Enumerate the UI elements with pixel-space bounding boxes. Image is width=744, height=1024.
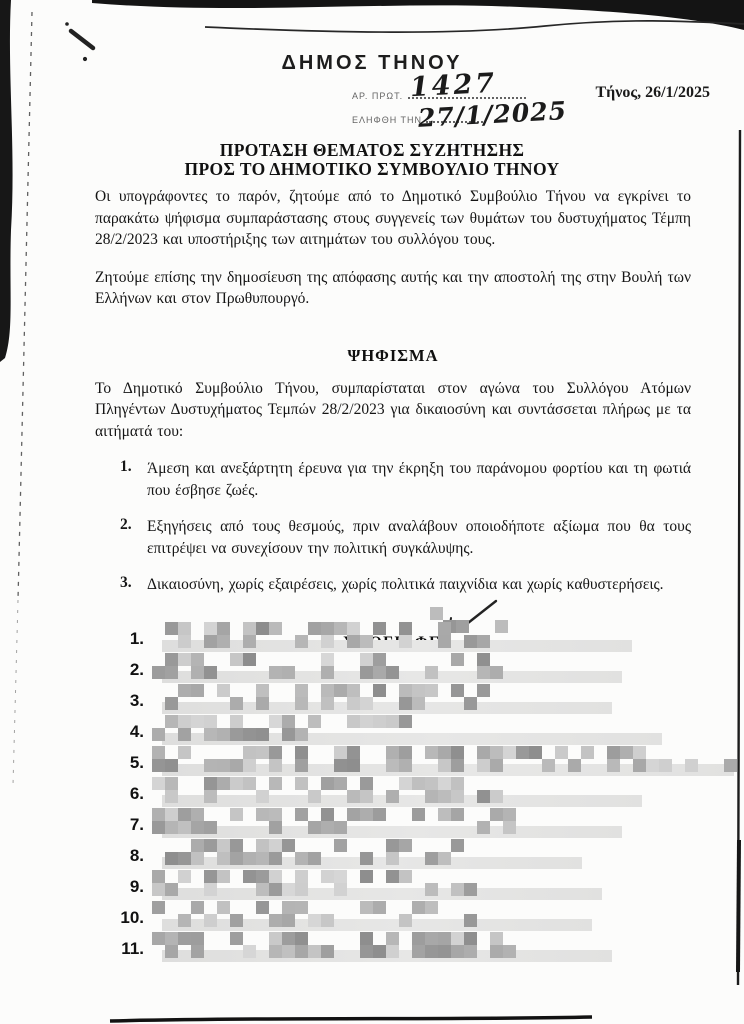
- pen-dot-icon: [65, 22, 69, 26]
- received-date-row: ΕΛΗΦΘΗ ΤΗΝ 27/1/2025: [352, 110, 582, 134]
- redacted-signature: [152, 780, 744, 811]
- document-title-line2: ΠΡΟΣ ΤΟ ΔΗΜΟΤΙΚΟ ΣΥΜΒΟΥΛΙΟ ΤΗΝΟΥ: [0, 160, 744, 179]
- signature-row: 3.: [0, 687, 744, 718]
- signature-row: 5.: [0, 749, 744, 780]
- signature-row: 7.: [0, 811, 744, 842]
- signature-row: 4.: [0, 718, 744, 749]
- redacted-signature: [152, 749, 744, 780]
- list-item-text: Εξηγήσεις από τους θεσμούς, πριν αναλάβο…: [147, 516, 691, 559]
- signature-row: 1.: [0, 625, 744, 656]
- intro-paragraph-2: Ζητούμε επίσης την δημοσίευση της απόφασ…: [95, 267, 691, 310]
- signature-number: 4.: [104, 722, 144, 742]
- fold-line-left: [18, 12, 32, 600]
- document-title-line1: ΠΡΟΤΑΣΗ ΘΕΜΑΤΟΣ ΣΥΖΗΤΗΣΗΣ: [0, 141, 744, 160]
- scan-edge-bottom: [110, 1017, 592, 1021]
- protocol-number-label: ΑΡ. ΠΡΩΤ.: [352, 91, 403, 101]
- redacted-signature: [152, 935, 744, 966]
- municipality-title: ΔΗΜΟΣ ΤΗΝΟΥ: [0, 52, 744, 75]
- list-item: 1. Άμεση και ανεξάρτητη έρευνα για την έ…: [95, 458, 691, 501]
- list-item: 3. Δικαιοσύνη, χωρίς εξαιρέσεις, χωρίς π…: [95, 574, 691, 596]
- resolution-heading: ΨΗΦΙΣΜΑ: [95, 346, 691, 366]
- scan-line-top: [205, 21, 744, 32]
- document-body: Οι υπογράφοντες το παρόν, ζητούμε από το…: [95, 186, 691, 660]
- place-and-date: Τήνος, 26/1/2025: [595, 84, 710, 102]
- intro-paragraph-1: Οι υπογράφοντες το παρόν, ζητούμε από το…: [95, 186, 691, 251]
- signature-row: 9.: [0, 873, 744, 904]
- list-item: 2. Εξηγήσεις από τους θεσμούς, πριν αναλ…: [95, 516, 691, 559]
- signature-row: 2.: [0, 656, 744, 687]
- signature-number: 1.: [104, 629, 144, 649]
- protocol-stamp: ΑΡ. ΠΡΩΤ. 1427 ΕΛΗΦΘΗ ΤΗΝ 27/1/2025: [352, 86, 582, 134]
- signature-number: 10.: [104, 908, 144, 928]
- signature-number: 2.: [104, 660, 144, 680]
- redacted-signature: [152, 625, 744, 656]
- signature-row: 10.: [0, 904, 744, 935]
- received-date-label: ΕΛΗΦΘΗ ΤΗΝ: [352, 115, 422, 125]
- redacted-signature: [152, 718, 744, 749]
- list-item-text: Δικαιοσύνη, χωρίς εξαιρέσεις, χωρίς πολι…: [147, 574, 691, 596]
- redacted-signature: [152, 656, 744, 687]
- signature-number: 9.: [104, 877, 144, 897]
- signature-number: 11.: [104, 939, 144, 959]
- scan-edge-top: [92, 0, 744, 30]
- redacted-signature: [152, 811, 744, 842]
- redacted-signature: [152, 904, 744, 935]
- document-title: ΠΡΟΤΑΣΗ ΘΕΜΑΤΟΣ ΣΥΖΗΤΗΣΗΣ ΠΡΟΣ ΤΟ ΔΗΜΟΤΙ…: [0, 141, 744, 179]
- redacted-signature: [152, 873, 744, 904]
- handwritten-protocol-number: 1427: [409, 68, 498, 104]
- resolution-intro: Το Δημοτικό Συμβούλιο Τήνου, συμπαρίστατ…: [95, 378, 691, 443]
- list-item-number: 2.: [95, 516, 147, 559]
- signature-row: 6.: [0, 780, 744, 811]
- signature-number: 8.: [104, 846, 144, 866]
- list-item-number: 3.: [95, 574, 147, 596]
- redacted-signature: [152, 842, 744, 873]
- signatures-list: 1. 2. 3. 4. 5. 6. 7. 8.: [0, 625, 744, 966]
- signature-number: 6.: [104, 784, 144, 804]
- redacted-signature: [152, 687, 744, 718]
- demands-list: 1. Άμεση και ανεξάρτητη έρευνα για την έ…: [95, 458, 691, 596]
- signature-number: 5.: [104, 753, 144, 773]
- list-item-number: 1.: [95, 458, 147, 501]
- signature-number: 3.: [104, 691, 144, 711]
- signature-row: 8.: [0, 842, 744, 873]
- list-item-text: Άμεση και ανεξάρτητη έρευνα για την έκρη…: [147, 458, 691, 501]
- scanned-document-page: ΔΗΜΟΣ ΤΗΝΟΥ ΑΡ. ΠΡΩΤ. 1427 ΕΛΗΦΘΗ ΤΗΝ 27…: [0, 0, 744, 1024]
- signature-number: 7.: [104, 815, 144, 835]
- signature-row: 11.: [0, 935, 744, 966]
- pen-mark-icon: [71, 31, 93, 48]
